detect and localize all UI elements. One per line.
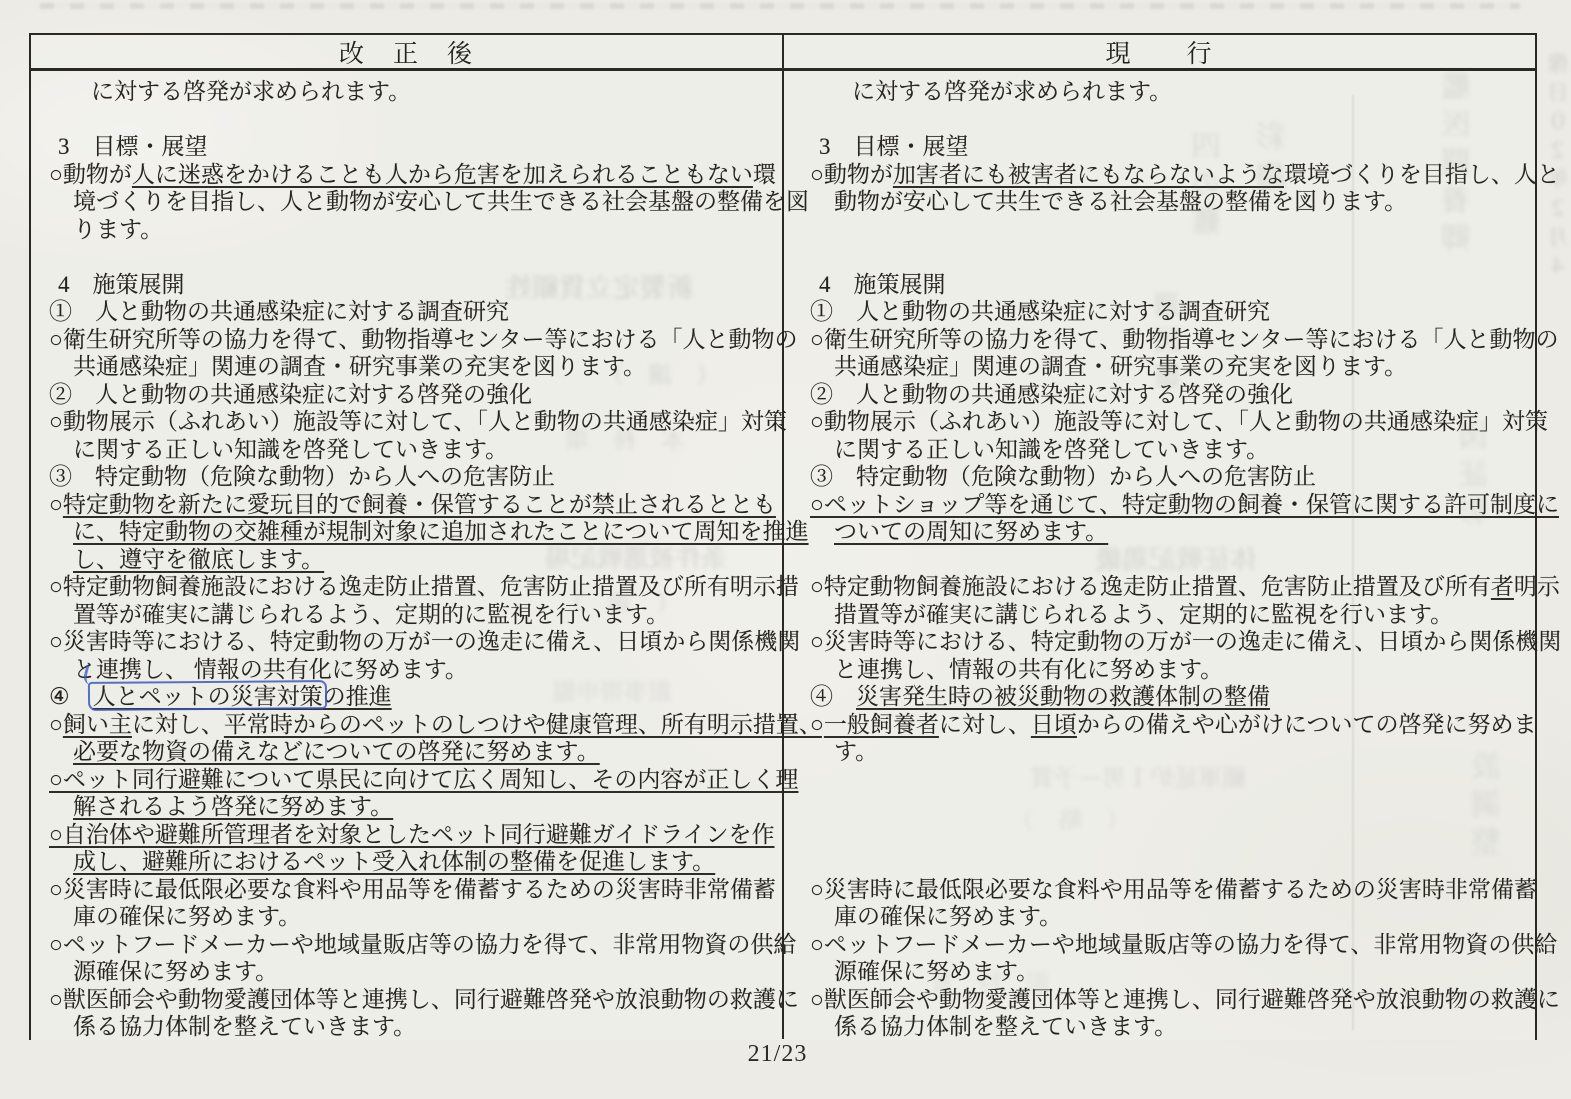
text-line: ○獣医師会や動物愛護団体等と連携し、同行避難啓発や放浪動物の救護に xyxy=(792,986,1537,1014)
text-segment: ③ 特定動物（危険な動物）から人への危害防止 xyxy=(810,464,1316,489)
text-segment: 係る協力体制を整えていきます。 xyxy=(73,1014,416,1039)
text-line: ③ 特定動物（危険な動物）から人への危害防止 xyxy=(31,463,782,491)
page-number: 21/23 xyxy=(0,1041,1555,1068)
text-segment: 4 施策展開 xyxy=(58,272,185,297)
text-segment: ○獣医師会や動物愛護団体等と連携し、同行避難啓発や放浪動物の救護に xyxy=(810,987,1560,1012)
text-segment: に関する正しい知識を啓発していきます。 xyxy=(73,437,508,462)
text-line: ○飼い主に対し、平常時からのペットのしつけや健康管理、所有明示措置、 xyxy=(31,711,782,739)
text-line: ○ペットフードメーカーや地域量販店等の協力を得て、非常用物資の供給 xyxy=(792,931,1537,959)
text-segment: に関する正しい知識を啓発していきます。 xyxy=(834,437,1269,462)
text-line: ついての周知に努めます。 xyxy=(792,518,1537,546)
text-segment: ○災害時等における、特定動物の万が一の逸走に備え、日頃から関係機関 xyxy=(49,629,800,654)
table-body: に対する啓発が求められます。3 目標・展望○動物が人に迷惑をかけることも人から危… xyxy=(31,71,1535,1039)
text-segment: に対する啓発が求められます。 xyxy=(91,79,411,104)
text-line: に、特定動物の交雑種が規制対象に追加されたことについて周知を推進 xyxy=(31,518,782,546)
text-line: ④ 災害発生時の被災動物の救護体制の整備 xyxy=(792,683,1537,711)
text-segment: からの備えや心がけについての啓発に努めま xyxy=(1077,712,1537,737)
text-segment: に対し、 xyxy=(132,712,224,737)
text-segment: と連携し、 情報の共有化に努めます。 xyxy=(73,657,468,682)
text-line: 庫の確保に努めます。 xyxy=(31,903,782,931)
text-line: 3 目標・展望 xyxy=(792,133,1537,161)
text-segment: ります。 xyxy=(73,217,163,242)
text-line: ○災害時等における、特定動物の万が一の逸走に備え、日頃から関係機関 xyxy=(792,628,1537,656)
text-line: 成し、避難所におけるペット受入れ体制の整備を促進します。 xyxy=(31,848,782,876)
text-line: ② 人と動物の共通感染症に対する啓発の強化 xyxy=(31,381,782,409)
text-line: ○ペット同行避難について県民に向けて広く周知し、その内容が正しく理 xyxy=(31,766,782,794)
text-line: ○衛生研究所等の協力を得て、動物指導センター等における「人と動物の xyxy=(31,326,782,354)
text-segment: ○ xyxy=(810,712,824,737)
text-line: 4 施策展開 xyxy=(792,271,1537,299)
text-line: に対する啓発が求められます。 xyxy=(31,78,782,106)
text-segment: 日頃 xyxy=(1031,712,1077,737)
text-line: ○一般飼養者に対し、日頃からの備えや心がけについての啓発に努めま xyxy=(792,711,1537,739)
text-segment: 災害発生時の被災動物の救護体制の整備 xyxy=(856,684,1270,709)
text-segment: 加害者にも被害者にもならないような xyxy=(893,162,1284,187)
text-segment: ① 人と動物の共通感染症に対する調査研究 xyxy=(810,299,1270,324)
text-segment: ついての周知に努めます。 xyxy=(834,519,1108,544)
text-segment: に対し、 xyxy=(939,712,1031,737)
text-segment: ○獣医師会や動物愛護団体等と連携し、同行避難啓発や放浪動物の救護に xyxy=(49,987,799,1012)
text-segment: 共通感染症」関連の調査・研究事業の充実を図ります。 xyxy=(73,354,646,379)
text-segment: 源確保に努めます。 xyxy=(73,959,278,984)
text-segment: 3 目標・展望 xyxy=(58,134,208,159)
text-line: ② 人と動物の共通感染症に対する啓発の強化 xyxy=(792,381,1537,409)
text-line: 置等が確実に講じられるよう、定期的に監視を行います。 xyxy=(31,601,782,629)
text-segment: ○災害時等における、特定動物の万が一の逸走に備え、日頃から関係機関 xyxy=(810,629,1561,654)
text-segment: 係る協力体制を整えていきます。 xyxy=(834,1014,1177,1039)
text-line: 動物が安心して共生できる社会基盤の整備を図ります。 xyxy=(792,188,1537,216)
text-segment: ② 人と動物の共通感染症に対する啓発の強化 xyxy=(810,382,1293,407)
text-line: 措置等が確実に講じられるよう、定期的に監視を行います。 xyxy=(792,601,1537,629)
text-segment: 源確保に努めます。 xyxy=(834,959,1039,984)
comparison-table: 改 正 後 現 行 に対する啓発が求められます。3 目標・展望○動物が人に迷惑を… xyxy=(29,33,1537,1040)
text-segment: の推進 xyxy=(323,684,392,709)
text-line: ○特定動物を新たに愛玩目的で飼養・保管することが禁止されるととも xyxy=(31,491,782,519)
text-line: 係る協力体制を整えていきます。 xyxy=(31,1013,782,1041)
text-segment: 措置等が確実に講じられるよう、定期的に監視を行います。 xyxy=(834,602,1453,627)
text-segment: ○ペットフードメーカーや地域量販店等の協力を得て、非常用物資の供給 xyxy=(810,932,1557,957)
text-line: ○衛生研究所等の協力を得て、動物指導センター等における「人と動物の xyxy=(792,326,1537,354)
text-segment: 特定動物を新たに愛玩目的で飼養・保管することが禁止されるととも xyxy=(63,492,776,517)
table-header-row: 改 正 後 現 行 xyxy=(31,35,1535,71)
text-segment: ○動物展示（ふれあい）施設等に対して、「人と動物の共通感染症」対策 xyxy=(810,409,1548,434)
text-line: ○ペットショップ等を通じて、特定動物の飼養・保管に関する許可制度に xyxy=(792,491,1537,519)
spacer xyxy=(792,766,1537,876)
text-segment: 成し、避難所におけるペット受入れ体制の整備を促進します。 xyxy=(73,849,715,874)
text-segment: ③ 特定動物（危険な動物）から人への危害防止 xyxy=(49,464,555,489)
text-line: ○動物が加害者にも被害者にもならないような環境づくりを目指し、人と xyxy=(792,161,1537,189)
text-line: 源確保に努めます。 xyxy=(31,958,782,986)
text-segment: ○衛生研究所等の協力を得て、動物指導センター等における「人と動物の xyxy=(49,327,798,352)
text-segment: ○動物展示（ふれあい）施設等に対して、「人と動物の共通感染症」対策 xyxy=(49,409,787,434)
text-line: ○自治体や避難所管理者を対象としたペット同行避難ガイドラインを作 xyxy=(31,821,782,849)
text-line: ○特定動物飼養施設における逸走防止措置、危害防止措置及び所有明示措 xyxy=(31,573,782,601)
text-line: 3 目標・展望 xyxy=(31,133,782,161)
text-segment: 境づくりを目指し、人と動物が安心して共生できる社会基盤の整備を図 xyxy=(73,189,809,214)
text-line: と連携し、情報の共有化に努めます。 xyxy=(792,656,1537,684)
text-segment: ○ xyxy=(49,492,63,517)
text-segment: ○ペットショップ等を通じて、特定動物の飼養・保管に関する許可制度に xyxy=(810,492,1559,517)
text-segment: 解されるよう啓発に努めます。 xyxy=(73,794,393,819)
text-segment: ○特定動物飼養施設における逸走防止措置、危害防止措置及び所有明示措 xyxy=(49,574,799,599)
text-segment: ① 人と動物の共通感染症に対する調査研究 xyxy=(49,299,509,324)
text-segment: 庫の確保に努めます。 xyxy=(73,904,301,929)
text-line: と連携し、 情報の共有化に努めます。 xyxy=(31,656,782,684)
scanner-streak-artifact xyxy=(40,3,1520,9)
spacer xyxy=(792,216,1537,271)
text-line: に関する正しい知識を啓発していきます。 xyxy=(31,436,782,464)
text-line: 必要な物資の備えなどについての啓発に努めます。 xyxy=(31,738,782,766)
text-segment: 動物が安心して共生できる社会基盤の整備を図ります。 xyxy=(834,189,1407,214)
text-segment: し、遵守を徹底します。 xyxy=(73,547,324,572)
current-column: に対する啓発が求められます。3 目標・展望○動物が加害者にも被害者にもならないよ… xyxy=(784,71,1537,1039)
text-segment: ○ xyxy=(49,712,63,737)
text-segment: 飼い主 xyxy=(63,712,132,737)
text-line: ○災害時に最低限必要な食料や用品等を備蓄するための災害時非常備蓄 xyxy=(792,876,1537,904)
text-segment: す。 xyxy=(834,739,878,764)
text-segment: 明示 xyxy=(1514,574,1560,599)
spacer xyxy=(31,243,782,271)
text-segment: 一般飼養者 xyxy=(824,712,939,737)
text-line: 共通感染症」関連の調査・研究事業の充実を図ります。 xyxy=(31,353,782,381)
text-line: す。 xyxy=(792,738,1537,766)
text-line: ○ペットフードメーカーや地域量販店等の協力を得て、非常用物資の供給 xyxy=(31,931,782,959)
text-line: 解されるよう啓発に努めます。 xyxy=(31,793,782,821)
text-segment: 3 目標・展望 xyxy=(819,134,969,159)
spacer xyxy=(792,546,1537,574)
header-revised-label: 改 正 後 xyxy=(339,34,474,70)
text-line: ○災害時に最低限必要な食料や用品等を備蓄するための災害時非常備蓄 xyxy=(31,876,782,904)
text-line: 庫の確保に努めます。 xyxy=(792,903,1537,931)
text-segment: ○自治体や避難所管理者を対象としたペット同行避難ガイドラインを作 xyxy=(49,822,775,847)
text-line: 共通感染症」関連の調査・研究事業の充実を図ります。 xyxy=(792,353,1537,381)
text-line: ります。 xyxy=(31,216,782,244)
text-line: に対する啓発が求められます。 xyxy=(792,78,1537,106)
text-segment: 者 xyxy=(1491,574,1514,599)
text-line: ③ 特定動物（危険な動物）から人への危害防止 xyxy=(792,463,1537,491)
text-line: 係る協力体制を整えていきます。 xyxy=(792,1013,1537,1041)
text-segment: ○特定動物飼養施設における逸走防止措置、危害防止措置及び所有 xyxy=(810,574,1491,599)
text-segment: に対する啓発が求められます。 xyxy=(852,79,1172,104)
text-line: ④ 人とペットの災害対策の推進 xyxy=(31,683,782,711)
text-segment: 必要な物資の備えなどについての啓発に努めます。 xyxy=(73,739,600,764)
text-segment: 平常時からのペットのしつけや健康管理、所有明示措置、 xyxy=(224,712,822,737)
text-segment: 庫の確保に努めます。 xyxy=(834,904,1062,929)
header-revised: 改 正 後 xyxy=(31,35,784,68)
text-line: ○動物展示（ふれあい）施設等に対して、「人と動物の共通感染症」対策 xyxy=(31,408,782,436)
text-segment: ○動物が xyxy=(810,162,893,187)
text-line: ① 人と動物の共通感染症に対する調査研究 xyxy=(31,298,782,326)
text-line: ○災害時等における、特定動物の万が一の逸走に備え、日頃から関係機関 xyxy=(31,628,782,656)
text-line: し、遵守を徹底します。 xyxy=(31,546,782,574)
text-segment: ○災害時に最低限必要な食料や用品等を備蓄するための災害時非常備蓄 xyxy=(810,877,1537,902)
spacer xyxy=(31,106,782,134)
text-segment: と連携し、情報の共有化に努めます。 xyxy=(834,657,1223,682)
handwritten-blue-box-annotation: 人とペットの災害対策 xyxy=(93,684,323,709)
header-current: 現 行 xyxy=(784,35,1535,68)
header-current-label: 現 行 xyxy=(1105,34,1213,70)
text-line: ○動物が人に迷惑をかけることも人から危害を加えられることもない環 xyxy=(31,161,782,189)
text-segment: ○衛生研究所等の協力を得て、動物指導センター等における「人と動物の xyxy=(810,327,1559,352)
text-segment: 環境づくりを目指し、人と xyxy=(1284,162,1560,187)
text-segment: ○ペット同行避難について県民に向けて広く周知し、その内容が正しく理 xyxy=(49,767,798,792)
text-segment: ④ xyxy=(810,684,856,709)
text-line: 源確保に努めます。 xyxy=(792,958,1537,986)
text-line: ○動物展示（ふれあい）施設等に対して、「人と動物の共通感染症」対策 xyxy=(792,408,1537,436)
scanned-document-page: 改 正 後 現 行 に対する啓発が求められます。3 目標・展望○動物が人に迷惑を… xyxy=(0,0,1571,1099)
text-segment: 環 xyxy=(753,162,776,187)
spacer xyxy=(792,106,1537,134)
text-segment: ② 人と動物の共通感染症に対する啓発の強化 xyxy=(49,382,532,407)
text-line: ○獣医師会や動物愛護団体等と連携し、同行避難啓発や放浪動物の救護に xyxy=(31,986,782,1014)
text-segment: ④ xyxy=(49,684,93,709)
text-line: 4 施策展開 xyxy=(31,271,782,299)
text-segment: ○ペットフードメーカーや地域量販店等の協力を得て、非常用物資の供給 xyxy=(49,932,796,957)
text-segment: に、特定動物の交雑種が規制対象に追加されたことについて周知を推進 xyxy=(73,519,809,544)
revised-column: に対する啓発が求められます。3 目標・展望○動物が人に迷惑をかけることも人から危… xyxy=(31,71,784,1039)
text-segment: ○動物が xyxy=(49,162,132,187)
text-line: に関する正しい知識を啓発していきます。 xyxy=(792,436,1537,464)
text-line: ① 人と動物の共通感染症に対する調査研究 xyxy=(792,298,1537,326)
text-line: 境づくりを目指し、人と動物が安心して共生できる社会基盤の整備を図 xyxy=(31,188,782,216)
text-segment: 置等が確実に講じられるよう、定期的に監視を行います。 xyxy=(73,602,669,627)
text-line: ○特定動物飼養施設における逸走防止措置、危害防止措置及び所有者明示 xyxy=(792,573,1537,601)
text-segment: ○災害時に最低限必要な食料や用品等を備蓄するための災害時非常備蓄 xyxy=(49,877,776,902)
text-segment: 人に迷惑をかけることも人から危害を加えられることもない xyxy=(132,162,753,187)
text-segment: 共通感染症」関連の調査・研究事業の充実を図ります。 xyxy=(834,354,1407,379)
text-segment: 4 施策展開 xyxy=(819,272,946,297)
